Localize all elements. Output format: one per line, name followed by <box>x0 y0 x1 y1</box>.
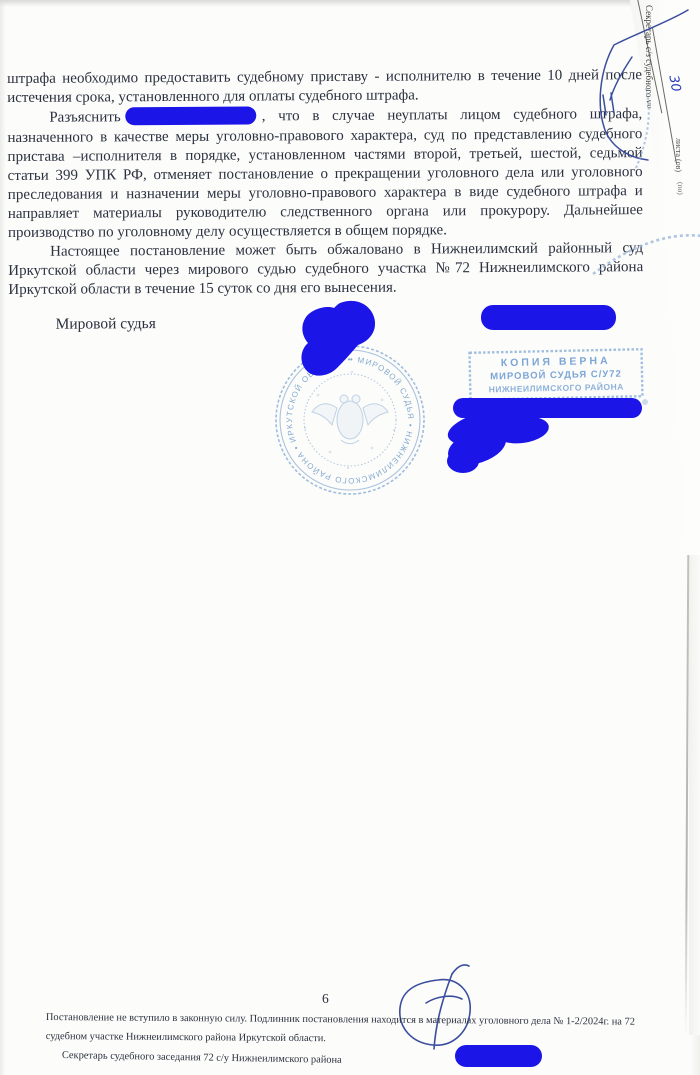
stamps-overlay: • МИРОВОЙ СУДЬЯ • НИЖНЕИЛИМСКОГО РАЙОНА … <box>0 0 700 1075</box>
coat-of-arms-eagle-icon <box>312 395 388 444</box>
bleed-arc-small <box>636 88 649 168</box>
copy-verna-stamp: КОПИЯ ВЕРНА МИРОВОЙ СУДЬЯ С/У72 НИЖНЕИЛИ… <box>470 349 643 400</box>
pen-tick-1 <box>603 95 606 115</box>
round-court-seal: • МИРОВОЙ СУДЬЯ • НИЖНЕИЛИМСКОГО РАЙОНА … <box>276 346 424 494</box>
copy-stamp-line1: КОПИЯ ВЕРНА <box>501 355 611 369</box>
bleed-dot <box>642 399 648 405</box>
copy-stamp-line3: НИЖНЕИЛИМСКОГО РАЙОНА <box>489 381 624 395</box>
redaction-blob-below-stamp <box>444 398 642 473</box>
pen-stroke-top-right <box>610 57 632 100</box>
scanned-court-document-page: штрафа необходимо предоставить судебному… <box>0 0 700 1075</box>
copy-stamp-line2: МИРОВОЙ СУДЬЯ С/У72 <box>490 368 622 383</box>
redaction-bar-top-right <box>481 305 616 330</box>
footer-note: Постановление не вступило в законную сил… <box>46 1008 646 1051</box>
bleed-arc-large <box>593 235 700 274</box>
pen-tick-2 <box>611 93 614 113</box>
page-number: 6 <box>322 991 329 1007</box>
pen-marks <box>400 10 688 1049</box>
pen-flourish-top-right <box>600 10 688 160</box>
